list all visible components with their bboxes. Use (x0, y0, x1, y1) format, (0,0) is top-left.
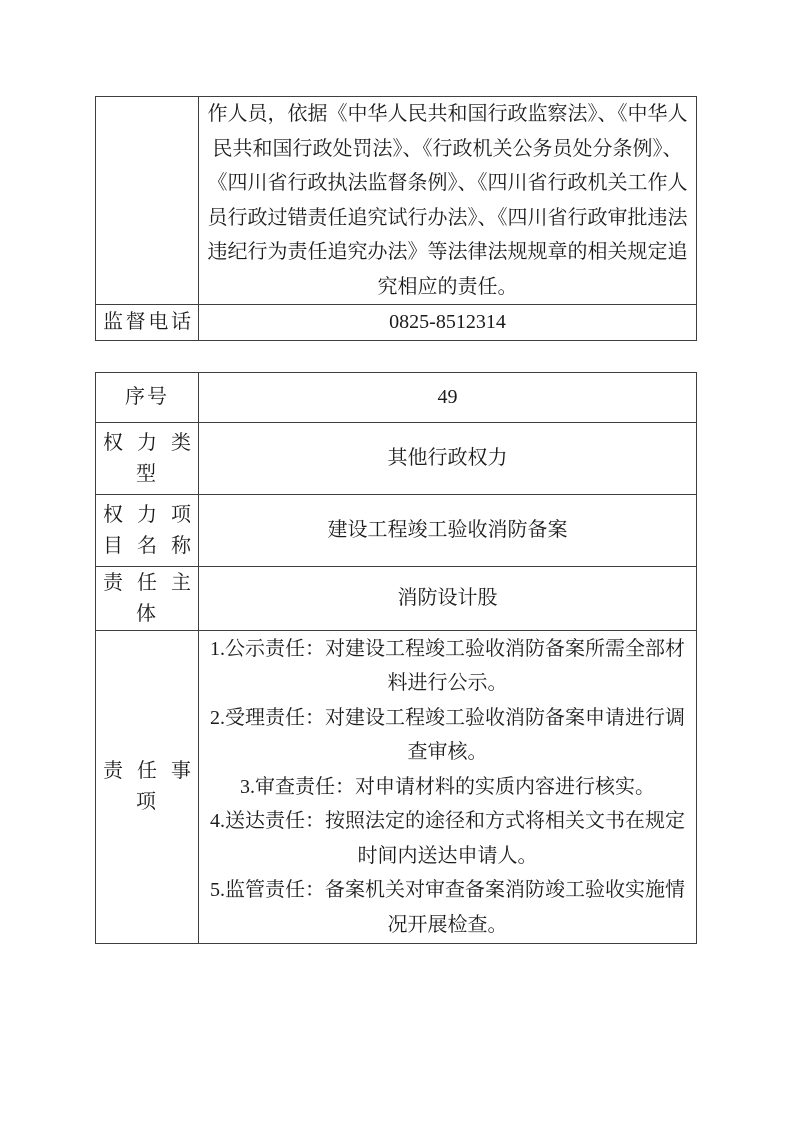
power-type-value: 其他行政权力 (199, 423, 697, 495)
label-line: 权力类 (103, 428, 191, 459)
power-item-name-value: 建设工程竣工验收消防备案 (199, 495, 697, 567)
empty-label-cell (96, 97, 199, 305)
responsibility-table-item-49: 序号 49 权力类型 其他行政权力 权力项目名称 建设工程竣工验收消防备案 责任… (95, 372, 697, 944)
responsibility-matters-list: 1.公示责任：对建设工程竣工验收消防备案所需全部材料进行公示。2.受理责任：对建… (199, 631, 697, 944)
label-line: 型 (103, 459, 191, 490)
responsibility-item: 1.公示责任：对建设工程竣工验收消防备案所需全部材料进行公示。 (206, 632, 689, 701)
supervision-phone-label: 监督电话 (96, 305, 199, 341)
power-item-name-label: 权力项目名称 (96, 495, 199, 567)
document-page: 作人员，依据《中华人民共和国行政监察法》、《中华人民共和国行政处罚法》、《行政机… (0, 0, 793, 1122)
legal-liability-cell: 作人员，依据《中华人民共和国行政监察法》、《中华人民共和国行政处罚法》、《行政机… (199, 97, 697, 305)
responsible-entity-label: 责任主体 (96, 567, 199, 631)
serial-number-value: 49 (199, 373, 697, 423)
responsibility-item: 5.监管责任：备案机关对审查备案消防竣工验收实施情况开展检查。 (206, 873, 689, 942)
label-line: 序号 (103, 382, 191, 413)
label-line: 责任主 (103, 568, 191, 599)
label-line: 责任事 (103, 756, 191, 787)
power-type-label: 权力类型 (96, 423, 199, 495)
label-line: 项 (103, 787, 191, 818)
responsibility-item: 4.送达责任：按照法定的途径和方式将相关文书在规定时间内送达申请人。 (206, 804, 689, 873)
legal-liability-text: 作人员，依据《中华人民共和国行政监察法》、《中华人民共和国行政处罚法》、《行政机… (206, 97, 689, 304)
label-line: 监督电话 (103, 307, 191, 338)
label-line: 权力项 (103, 500, 191, 531)
responsibility-table-continued: 作人员，依据《中华人民共和国行政监察法》、《中华人民共和国行政处罚法》、《行政机… (95, 96, 697, 341)
serial-number-label: 序号 (96, 373, 199, 423)
responsibility-matters-label: 责任事项 (96, 631, 199, 944)
supervision-phone-value: 0825-8512314 (199, 305, 697, 341)
label-line: 体 (103, 599, 191, 630)
responsible-entity-value: 消防设计股 (199, 567, 697, 631)
responsibility-item: 2.受理责任：对建设工程竣工验收消防备案申请进行调查审核。 (206, 701, 689, 770)
label-line: 目名称 (103, 531, 191, 562)
responsibility-item: 3.审查责任：对申请材料的实质内容进行核实。 (206, 770, 689, 805)
